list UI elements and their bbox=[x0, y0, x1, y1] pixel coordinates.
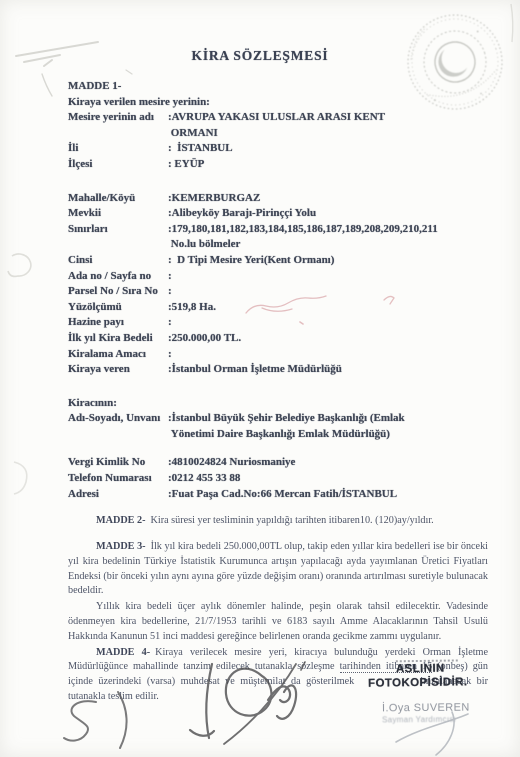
field-label-spacer bbox=[68, 427, 168, 443]
field-label-spacer bbox=[68, 237, 168, 253]
field-row-ilk-yil-kira: İlk yıl Kira Bedeli :250.000,00 TL. bbox=[68, 331, 490, 347]
field-row-telefon: Telefon Numarası :0212 455 33 88 bbox=[68, 471, 490, 487]
field-row-mevkii: Mevkii :Alibeyköy Barajı-Pirinççi Yolu bbox=[68, 206, 490, 222]
field-label: Cinsi bbox=[68, 253, 168, 269]
field-value: :0212 455 33 88 bbox=[168, 471, 490, 487]
madde1-heading: MADDE 1- bbox=[68, 79, 490, 95]
field-label: Ada no / Sayfa no bbox=[68, 269, 168, 285]
signer-name: İ.Oya SUVEREN bbox=[382, 702, 470, 715]
madde3-label: MADDE 3- bbox=[96, 541, 146, 552]
field-label: İlçesi bbox=[68, 157, 168, 173]
field-row-ili: İli : İSTANBUL bbox=[68, 141, 490, 157]
section-gap bbox=[68, 442, 490, 455]
field-row-kiraya-veren: Kiraya veren :İstanbul Orman İşletme Müd… bbox=[68, 362, 490, 378]
field-value: :4810024824 Nuriosmaniye bbox=[168, 455, 490, 471]
field-row-adi-soyadi: Adı-Soyadı, Unvanı :İstanbul Büyük Şehir… bbox=[68, 411, 490, 427]
photocopy-stamp-line2: FOTOKOPİSİDİR. bbox=[368, 675, 468, 690]
photocopy-stamp: ASLININ FOTOKOPİSİDİR. bbox=[368, 659, 468, 690]
field-row-mahalle: Mahalle/Köyü :KEMERBURGAZ bbox=[68, 191, 490, 207]
signer-title: Sayman Yardımcısı bbox=[382, 715, 470, 725]
field-label: Sınırları bbox=[68, 222, 168, 238]
field-value: :KEMERBURGAZ bbox=[168, 191, 490, 207]
field-label: Mahalle/Köyü bbox=[68, 191, 168, 207]
field-row-adi-soyadi-line2: Yönetimi Daire Başkanlığı Emlak Müdürlüğ… bbox=[68, 427, 490, 443]
kiraci-heading: Kiracının: bbox=[68, 396, 490, 412]
field-label: İli bbox=[68, 141, 168, 157]
field-value: : bbox=[168, 347, 490, 363]
document-title: KİRA SÖZLEŞMESİ bbox=[0, 0, 520, 64]
field-value: No.lu bölmeler bbox=[168, 237, 490, 253]
field-value: : bbox=[168, 269, 490, 285]
field-label: Parsel No / Sıra No bbox=[68, 284, 168, 300]
field-value: ORMANI bbox=[168, 126, 490, 142]
field-value: :AVRUPA YAKASI ULUSLAR ARASI KENT bbox=[168, 110, 490, 126]
field-row-kiralama-amaci: Kiralama Amacı : bbox=[68, 347, 490, 363]
field-value: :Fuat Paşa Cad.No:66 Mercan Fatih/İSTANB… bbox=[168, 487, 490, 503]
field-label: Yüzölçümü bbox=[68, 300, 168, 316]
field-label: Kiralama Amacı bbox=[68, 347, 168, 363]
madde1-section: MADDE 1- Kiraya verilen mesire yerinin: … bbox=[68, 79, 490, 502]
field-row-sinirlari-line2: No.lu bölmeler bbox=[68, 237, 490, 253]
field-row-ada-no: Ada no / Sayfa no : bbox=[68, 269, 490, 285]
madde2-label: MADDE 2- bbox=[96, 515, 146, 526]
field-value: : İSTANBUL bbox=[168, 141, 490, 157]
field-row-cinsi: Cinsi : D Tipi Mesire Yeri(Kent Ormanı) bbox=[68, 253, 490, 269]
field-label: Mesire yerinin adı bbox=[68, 110, 168, 126]
field-row-mesire-adi-line2: ORMANI bbox=[68, 126, 490, 142]
field-value: :İstanbul Büyük Şehir Belediye Başkanlığ… bbox=[168, 411, 490, 427]
field-value: : bbox=[168, 315, 490, 331]
field-value: Yönetimi Daire Başkanlığı Emlak Müdürlüğ… bbox=[168, 427, 490, 443]
field-value: :519,8 Ha. bbox=[168, 300, 490, 316]
punch-mark-bottom bbox=[14, 462, 27, 494]
field-row-parsel-no: Parsel No / Sıra No : bbox=[68, 284, 490, 300]
field-value: :250.000,00 TL. bbox=[168, 331, 490, 347]
section-gap bbox=[68, 378, 490, 396]
field-label: Adresi bbox=[68, 487, 168, 503]
signer-block: İ.Oya SUVEREN Sayman Yardımcısı bbox=[382, 702, 470, 725]
yillik-kira-text: Yıllık kira bedeli üçer aylık dönemler h… bbox=[68, 601, 488, 642]
field-label: İlk yıl Kira Bedeli bbox=[68, 331, 168, 347]
madde2-paragraph: MADDE 2-Kira süresi yer tesliminin yapıl… bbox=[68, 514, 488, 529]
field-label: Kiraya veren bbox=[68, 362, 168, 378]
madde1-intro: Kiraya verilen mesire yerinin: bbox=[68, 95, 490, 111]
photocopy-stamp-line1: ASLININ bbox=[396, 662, 468, 676]
field-label: Hazine payı bbox=[68, 315, 168, 331]
punch-mark-top bbox=[8, 254, 31, 276]
field-label: Mevkii bbox=[68, 206, 168, 222]
field-row-adresi: Adresi :Fuat Paşa Cad.No:66 Mercan Fatih… bbox=[68, 487, 490, 503]
field-row-vergi-no: Vergi Kimlik No :4810024824 Nuriosmaniye bbox=[68, 455, 490, 471]
field-row-mesire-adi: Mesire yerinin adı :AVRUPA YAKASI ULUSLA… bbox=[68, 110, 490, 126]
field-label: Vergi Kimlik No bbox=[68, 455, 168, 471]
field-row-sinirlari: Sınırları :179,180,181,182,183,184,185,1… bbox=[68, 222, 490, 238]
field-row-yuzolcumu: Yüzölçümü :519,8 Ha. bbox=[68, 300, 490, 316]
field-value: : D Tipi Mesire Yeri(Kent Ormanı) bbox=[168, 253, 490, 269]
field-row-hazine-payi: Hazine payı : bbox=[68, 315, 490, 331]
field-value: :179,180,181,182,183,184,185,186,187,189… bbox=[168, 222, 490, 238]
field-value: :Alibeyköy Barajı-Pirinççi Yolu bbox=[168, 206, 490, 222]
madde3-paragraph: MADDE 3-İlk yıl kira bedeli 250.000,00TL… bbox=[68, 540, 488, 599]
field-label-spacer bbox=[68, 126, 168, 142]
field-row-ilcesi: İlçesi : EYÜP bbox=[68, 157, 490, 173]
field-value: : bbox=[168, 284, 490, 300]
madde4-label: MADDE 4- bbox=[96, 647, 150, 658]
field-label: Adı-Soyadı, Unvanı bbox=[68, 411, 168, 427]
scanned-contract-page: KİRA SÖZLEŞMESİ MADDE 1- Kiraya verilen … bbox=[0, 0, 520, 757]
field-value: :İstanbul Orman İşletme Müdürlüğü bbox=[168, 362, 490, 378]
field-value: : EYÜP bbox=[168, 157, 490, 173]
section-gap bbox=[68, 173, 490, 191]
field-label: Telefon Numarası bbox=[68, 471, 168, 487]
madde2-text: Kira süresi yer tesliminin yapıldığı tar… bbox=[151, 515, 434, 526]
yillik-kira-paragraph: Yıllık kira bedeli üçer aylık dönemler h… bbox=[68, 600, 488, 644]
